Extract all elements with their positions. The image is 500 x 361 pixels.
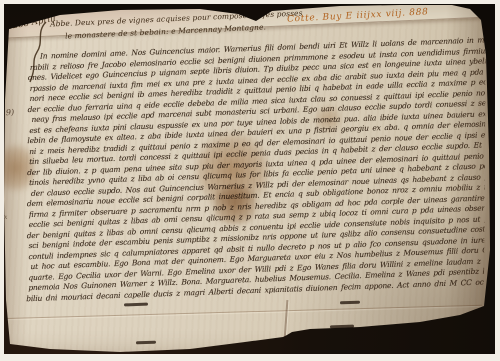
paragraph-mark: 9) [6, 108, 15, 118]
stain-blob [315, 104, 341, 134]
stain-blob [209, 186, 261, 224]
seal-slit [136, 341, 156, 345]
plica-crease [6, 305, 482, 319]
seal-slit [340, 301, 360, 305]
margin-cross-mark: x [4, 214, 7, 221]
photo-of-charter: 1288 Aprill Abbe. Deux pres de vignes ac… [0, 0, 500, 361]
photo-frame: 1288 Aprill Abbe. Deux pres de vignes ac… [0, 0, 500, 361]
vertical-crease [284, 300, 288, 340]
parchment: 1288 Aprill Abbe. Deux pres de vignes ac… [4, 4, 495, 354]
seal-slit [124, 303, 148, 307]
